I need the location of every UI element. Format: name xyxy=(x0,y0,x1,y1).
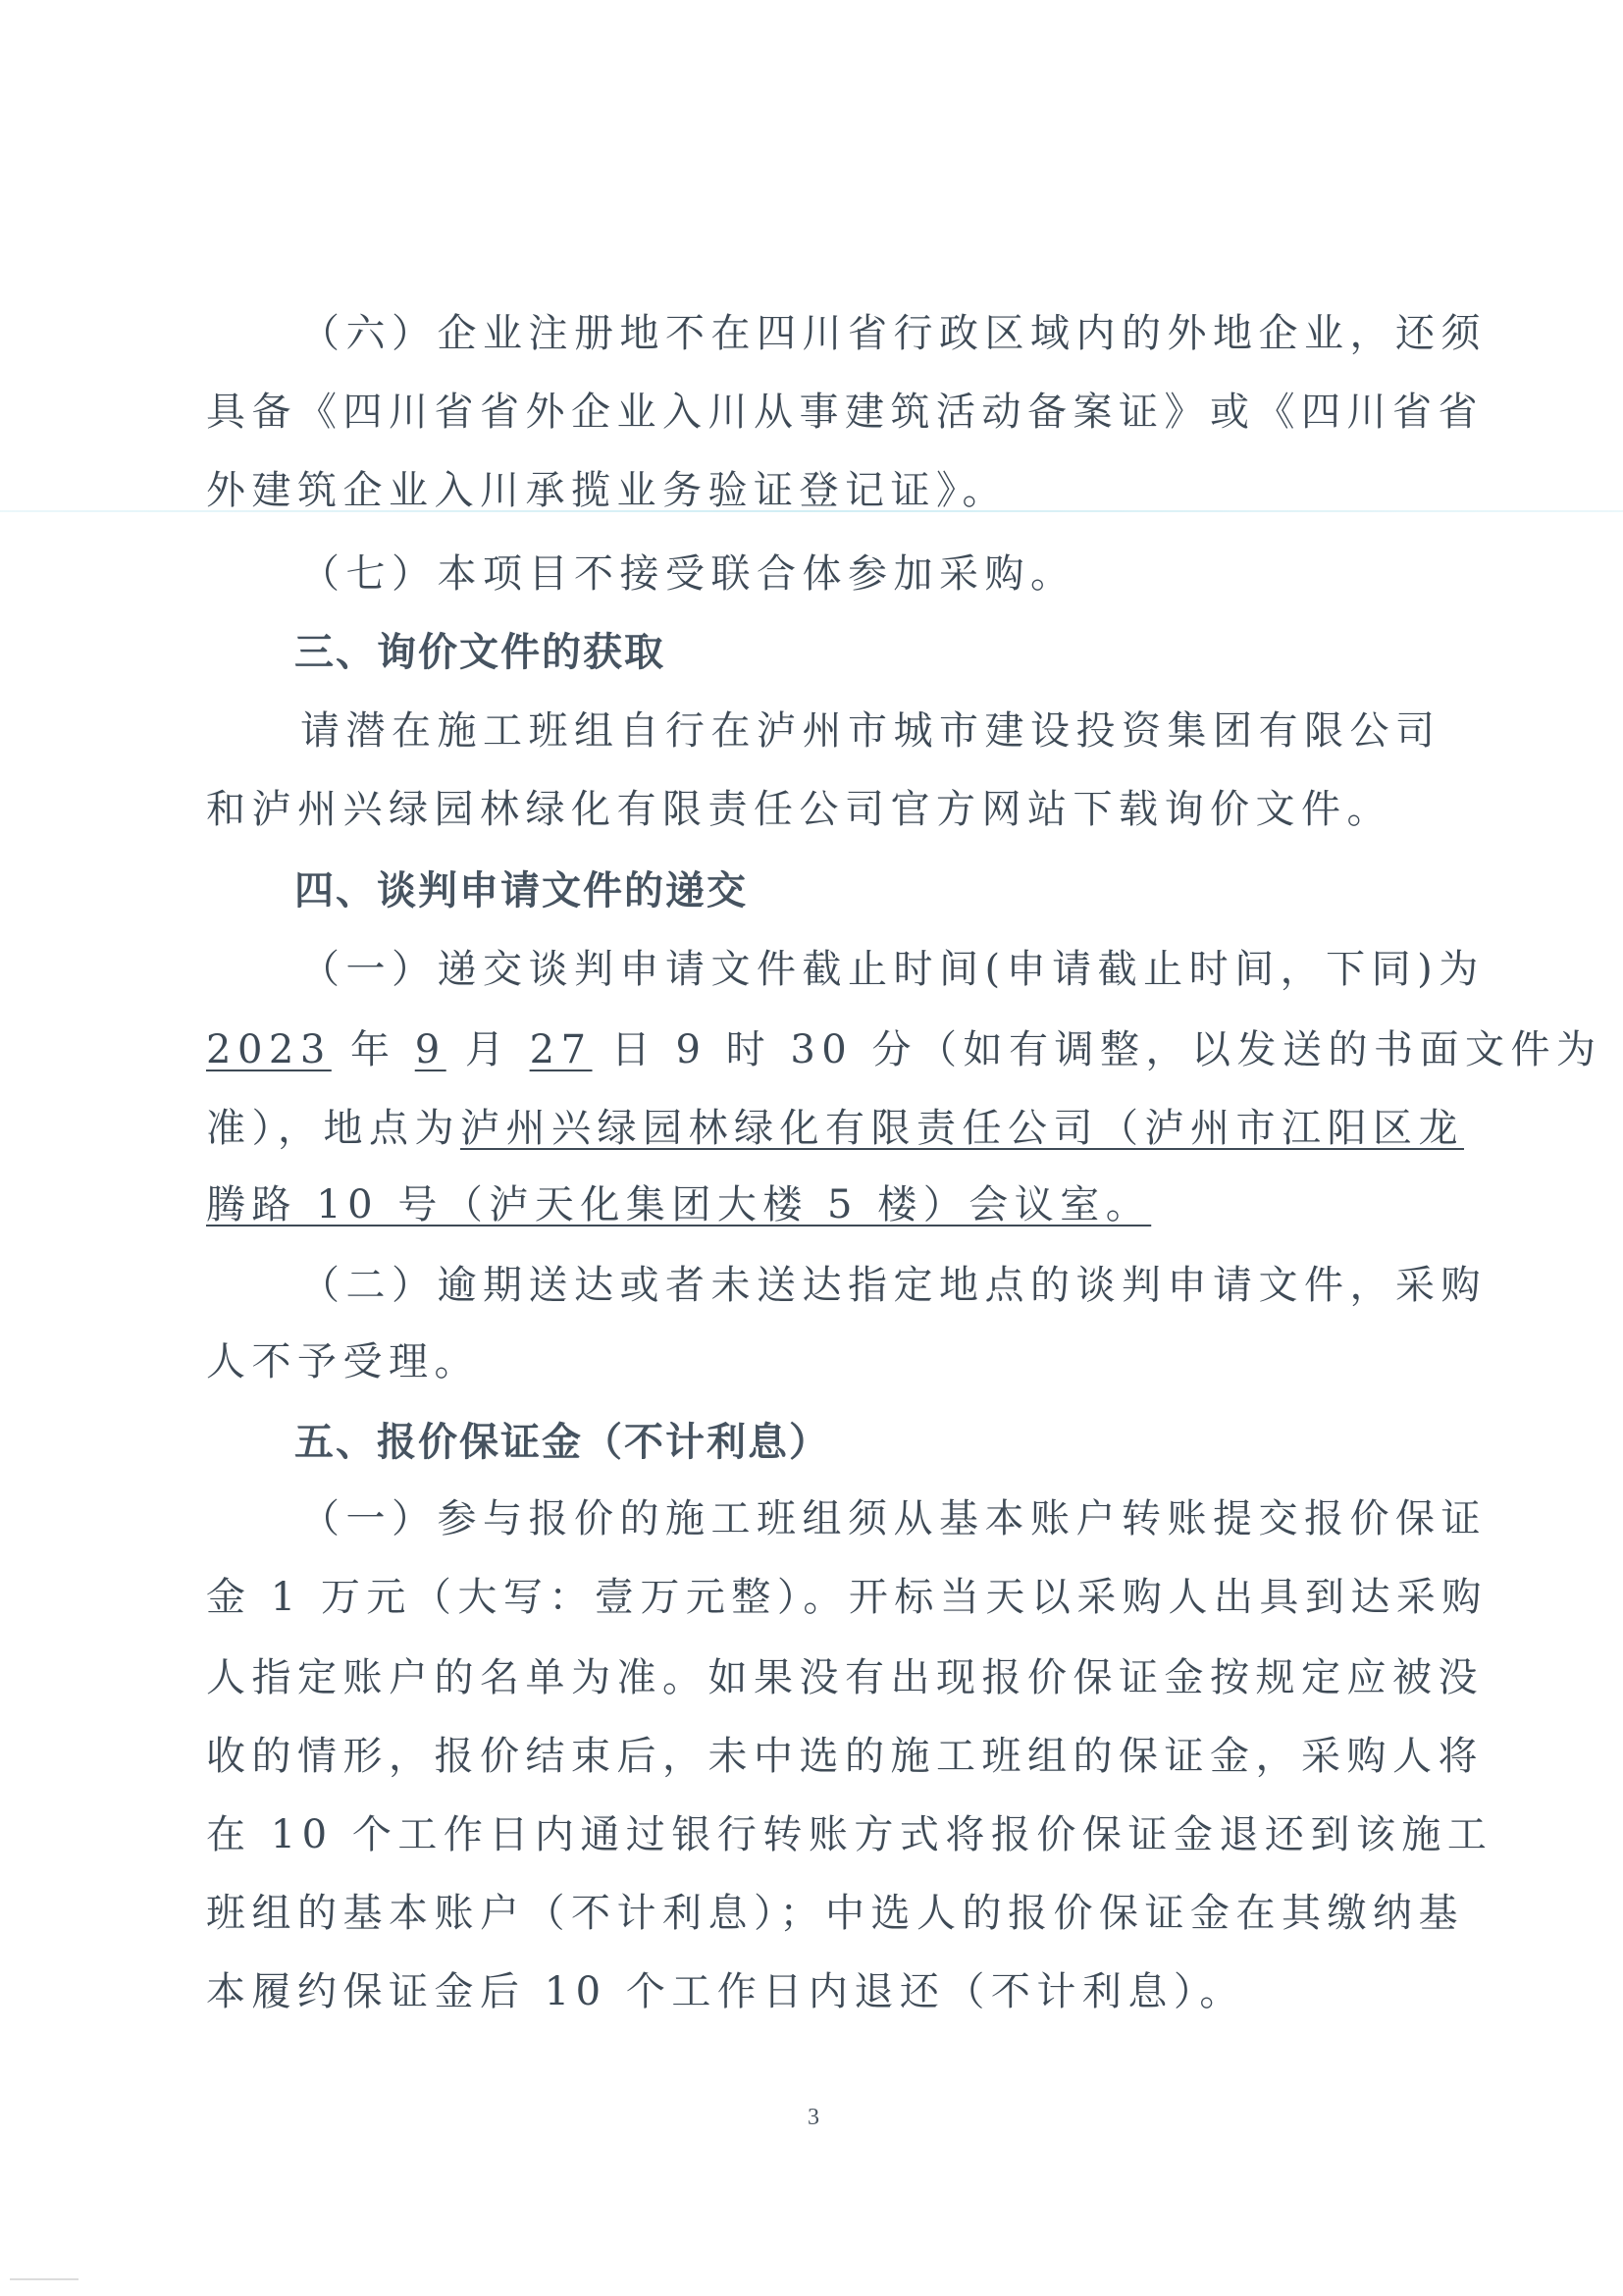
section-5-heading: 五、报价保证金（不计利息） xyxy=(294,1413,1511,1472)
section-5-item-1-line-7: 本履约保证金后 10 个工作日内退还（不计利息）。 xyxy=(206,1962,1423,2021)
deadline-year: 2023 xyxy=(206,1027,332,1072)
year-suffix: 年 xyxy=(332,1027,415,1072)
section-3-line-1: 请潜在施工班组自行在泸州市城市建设投资集团有限公司 xyxy=(300,702,1517,760)
section-5-item-1-line-6: 班组的基本账户（不计利息）；中选人的报价保证金在其缴纳基 xyxy=(206,1884,1423,1943)
section-3-heading: 三、询价文件的获取 xyxy=(294,623,1511,682)
section-5-item-1-line-3: 人指定账户的名单为准。如果没有出现报价保证金按规定应被没 xyxy=(206,1648,1423,1707)
section-4-heading: 四、谈判申请文件的递交 xyxy=(294,861,1511,920)
section-4-item-1-line-1: （一）递交谈判申请文件截止时间(申请截止时间，下同)为 xyxy=(300,940,1517,999)
paragraph-6-line-1: （六）企业注册地不在四川省行政区域内的外地企业，还须 xyxy=(300,304,1517,363)
day-suffix: 日 9 时 30 分（如有调整，以发送的书面文件为 xyxy=(593,1027,1602,1072)
section-3-line-2: 和泸州兴绿园林绿化有限责任公司官方网站下载询价文件。 xyxy=(206,780,1423,839)
section-5-item-1-line-2: 金 1 万元（大写：壹万元整）。开标当天以采购人出具到达采购 xyxy=(206,1568,1423,1627)
deadline-day: 27 xyxy=(530,1027,593,1072)
section-5-item-1-line-4: 收的情形，报价结束后，未中选的施工班组的保证金，采购人将 xyxy=(206,1727,1423,1786)
section-5-item-1-line-5: 在 10 个工作日内通过银行转账方式将报价保证金退还到该施工 xyxy=(206,1805,1423,1864)
document-page: （六）企业注册地不在四川省行政区域内的外地企业，还须 具备《四川省省外企业入川从… xyxy=(0,0,1623,2296)
page-number: 3 xyxy=(799,2105,828,2131)
scan-corner-mark xyxy=(10,2278,79,2280)
scan-artifact-line xyxy=(0,510,1623,512)
paragraph-6-line-2: 具备《四川省省外企业入川从事建筑活动备案证》或《四川省省 xyxy=(206,383,1423,442)
location-prefix: 准），地点为 xyxy=(206,1106,460,1151)
section-4-item-1-line-4: 腾路 10 号（泸天化集团大楼 5 楼）会议室。 xyxy=(206,1175,1423,1234)
location-address: 腾路 10 号（泸天化集团大楼 5 楼）会议室。 xyxy=(206,1182,1151,1227)
section-4-item-2-line-2: 人不予受理。 xyxy=(206,1332,1423,1391)
paragraph-7-line-1: （七）本项目不接受联合体参加采购。 xyxy=(300,545,1517,603)
deadline-month: 9 xyxy=(415,1027,446,1072)
section-4-item-2-line-1: （二）逾期送达或者未送达指定地点的谈判申请文件，采购 xyxy=(300,1256,1517,1315)
month-suffix: 月 xyxy=(446,1027,530,1072)
section-5-item-1-line-1: （一）参与报价的施工班组须从基本账户转账提交报价保证 xyxy=(300,1489,1517,1548)
section-4-item-1-line-3: 准），地点为泸州兴绿园林绿化有限责任公司（泸州市江阳区龙 xyxy=(206,1099,1423,1158)
section-4-item-1-line-2: 2023 年 9 月 27 日 9 时 30 分（如有调整，以发送的书面文件为 xyxy=(206,1020,1423,1079)
location-underlined: 泸州兴绿园林绿化有限责任公司（泸州市江阳区龙 xyxy=(460,1106,1464,1151)
